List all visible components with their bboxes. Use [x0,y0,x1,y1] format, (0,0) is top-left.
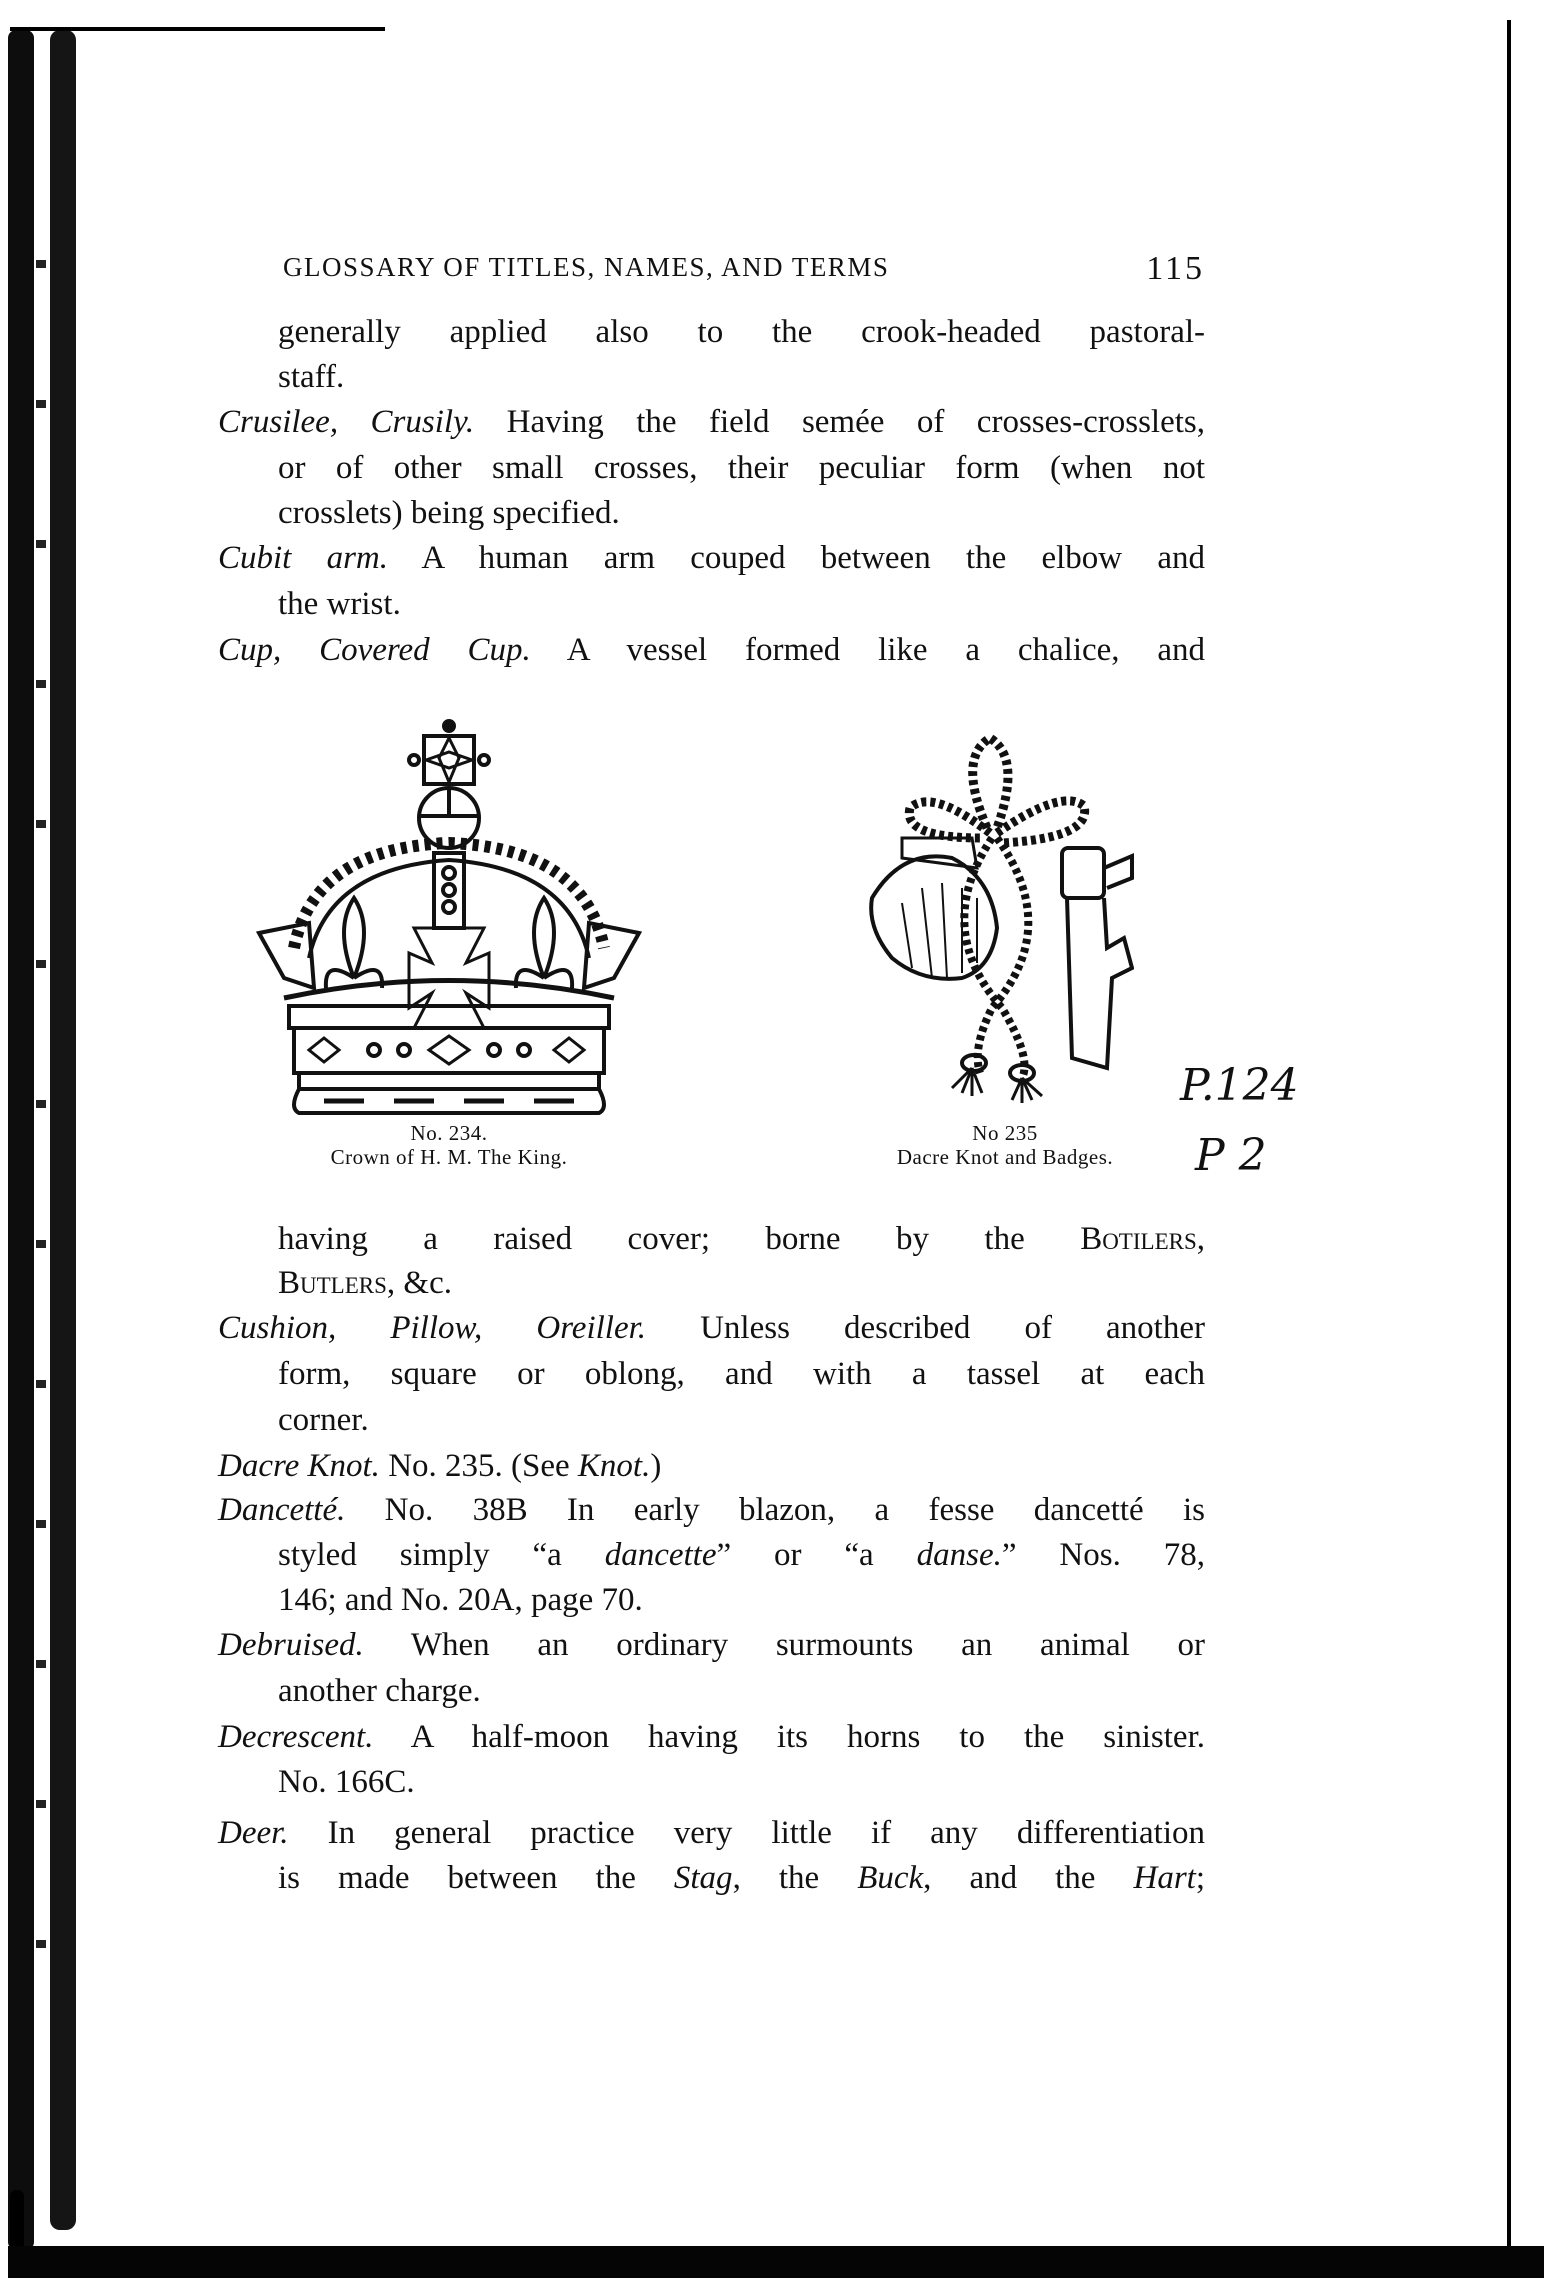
handwritten-annotation: P.124 [1180,1060,1299,1111]
text-line: is made between the Stag, the Buck, and … [278,1858,1205,1898]
entry-term: Cushion, Pillow, Oreiller. [218,1310,646,1346]
glossary-entry-dancette: Dancetté. No. 38B In early blazon, a fes… [218,1490,1205,1530]
glossary-entry-dacre-knot: Dacre Knot. No. 235. (See Knot.) [218,1446,1205,1486]
glossary-entry-cubit-arm: Cubit arm. A human arm couped between th… [218,538,1205,578]
text-line: No. 166C. [278,1762,1205,1802]
text-line: 146; and No. 20A, page 70. [278,1580,1205,1620]
page-edge-right [1507,20,1511,2250]
entry-term: Dacre Knot. [218,1448,380,1484]
crown-illustration-icon [254,708,644,1118]
entry-term: Deer. [218,1815,289,1851]
text-line: crosslets) being specified. [278,493,1205,533]
text-line: staff. [278,357,1205,397]
glossary-entry-decrescent: Decrescent. A half-moon having its horns… [218,1717,1205,1757]
figure-number: No 235 [840,1121,1170,1145]
figure-title: Dacre Knot and Badges. [840,1145,1170,1169]
glossary-entry-cup: Cup, Covered Cup. A vessel formed like a… [218,630,1205,670]
figure-caption-234: No. 234. Crown of H. M. The King. [254,1121,644,1169]
page-edge-bottom [8,2246,1544,2278]
glossary-entry-debruised: Debruised. When an ordinary surmounts an… [218,1625,1205,1665]
book-binding-edge [50,30,76,2230]
figure-caption-235: No 235 Dacre Knot and Badges. [840,1121,1170,1169]
page-number: 115 [1146,250,1205,288]
entry-term: Cubit arm. [218,540,388,576]
text-line: styled simply “a dancette” or “a danse.”… [278,1535,1205,1575]
figure-title: Crown of H. M. The King. [254,1145,644,1169]
entry-term: Cup, Covered Cup. [218,632,531,668]
text-line: having a raised cover; borne by the Boti… [278,1219,1205,1259]
glossary-entry-cushion: Cushion, Pillow, Oreiller. Unless descri… [218,1308,1205,1348]
entry-term: Crusilee, Crusily. [218,404,474,440]
text-line: the wrist. [278,584,1205,624]
running-header: GLOSSARY OF TITLES, NAMES, AND TERMS 115 [283,252,1205,286]
glossary-entry-crusilee: Crusilee, Crusily. Having the field semé… [218,402,1205,442]
text-line: another charge. [278,1671,1205,1711]
figure-number: No. 234. [254,1121,644,1145]
binding-marks [36,200,46,2000]
entry-term: Dancetté. [218,1492,345,1528]
dacre-knot-illustration-icon [862,728,1134,1108]
glossary-entry-deer: Deer. In general practice very little if… [218,1813,1205,1853]
text-line: form, square or oblong, and with a tasse… [278,1354,1205,1394]
text-line: or of other small crosses, their peculia… [278,448,1205,488]
entry-term: Decrescent. [218,1719,373,1755]
entry-term: Debruised. [218,1627,364,1663]
book-binding-edge [8,30,34,2250]
handwritten-annotation: P 2 [1195,1130,1267,1181]
running-header-title: GLOSSARY OF TITLES, NAMES, AND TERMS [283,252,889,283]
page-edge-top [10,27,385,31]
text-line: corner. [278,1400,1205,1440]
text-line: generally applied also to the crook-head… [278,312,1205,352]
text-line: Butlers, &c. [278,1263,1205,1303]
